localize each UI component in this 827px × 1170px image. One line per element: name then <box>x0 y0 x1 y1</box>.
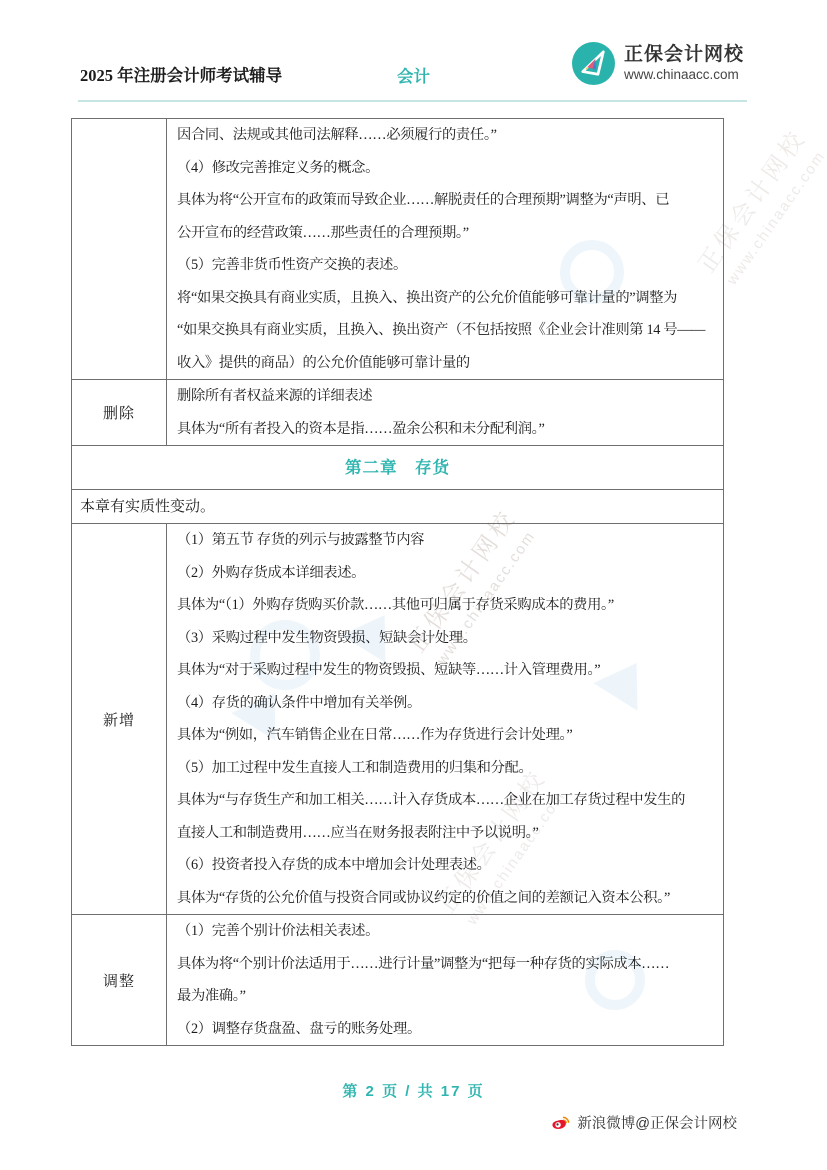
content-line: 收入》提供的商品）的公允价值能够可靠计量的 <box>177 347 723 380</box>
content-line: 具体为将“个别计价法适用于……进行计量”调整为“把每一种存货的实际成本…… <box>177 948 723 981</box>
content-line: （2）外购存货成本详细表述。 <box>177 557 723 590</box>
content-line: 删除所有者权益来源的详细表述 <box>177 380 723 413</box>
content-line: “如果交换具有商业实质，且换入、换出资产（不包括按照《企业会计准则第 14 号—… <box>177 314 723 347</box>
row-content-delete: 删除所有者权益来源的详细表述具体为“所有者投入的资本是指……盈余公积和未分配利润… <box>167 380 723 445</box>
content-line: （1）完善个别计价法相关表述。 <box>177 915 723 948</box>
header-divider <box>78 100 747 102</box>
table-row-continued: 因合同、法规或其他司法解释……必须履行的责任。”（4）修改完善推定义务的概念。具… <box>72 119 723 379</box>
row-label-adjust: 调整 <box>72 915 167 1045</box>
row-label-delete: 删除 <box>72 380 167 445</box>
content-line: 具体为“例如，汽车销售企业在日常……作为存货进行会计处理。” <box>177 719 723 752</box>
row-content-continued: 因合同、法规或其他司法解释……必须履行的责任。”（4）修改完善推定义务的概念。具… <box>167 119 723 379</box>
brand-logo-icon <box>572 42 615 85</box>
content-line: 具体为“对于采购过程中发生的物资毁损、短缺等……计入管理费用。” <box>177 654 723 687</box>
content-line: （5）加工过程中发生直接人工和制造费用的归集和分配。 <box>177 752 723 785</box>
table-row-adjust: 调整（1）完善个别计价法相关表述。具体为将“个别计价法适用于……进行计量”调整为… <box>72 914 723 1045</box>
content-line: （6）投资者投入存货的成本中增加会计处理表述。 <box>177 849 723 882</box>
content-line: 公开宣布的经营政策……那些责任的合理预期。” <box>177 217 723 250</box>
content-line: （1）第五节 存货的列示与披露整节内容 <box>177 524 723 557</box>
brand-url: www.chinaacc.com <box>624 67 744 83</box>
row-content-add: （1）第五节 存货的列示与披露整节内容（2）外购存货成本详细表述。具体为“（1）… <box>167 524 723 914</box>
weibo-label: 新浪微博@正保会计网校 <box>577 1112 737 1133</box>
content-line: 具体为将“公开宣布的政策而导致企业……解脱责任的合理预期”调整为“声明、已 <box>177 184 723 217</box>
content-line: （4）修改完善推定义务的概念。 <box>177 152 723 185</box>
brand-text-block: 正保会计网校 www.chinaacc.com <box>624 44 744 83</box>
table-row-chapter-note: 本章有实质性变动。 <box>72 489 723 523</box>
brand-name: 正保会计网校 <box>624 44 744 67</box>
content-line: 具体为“存货的公允价值与投资合同或协议约定的价值之间的差额记入资本公积。” <box>177 882 723 915</box>
content-line: （5）完善非货币性资产交换的表述。 <box>177 249 723 282</box>
weibo-block: 新浪微博@正保会计网校 <box>550 1112 737 1133</box>
content-line: （4）存货的确认条件中增加有关举例。 <box>177 687 723 720</box>
content-line: （3）采购过程中发生物资毁损、短缺会计处理。 <box>177 622 723 655</box>
content-line: 因合同、法规或其他司法解释……必须履行的责任。” <box>177 119 723 152</box>
content-line: 具体为“与存货生产和加工相关……计入存货成本……企业在加工存货过程中发生的 <box>177 784 723 817</box>
row-label-continued <box>72 119 167 379</box>
brand-block: 正保会计网校 www.chinaacc.com <box>572 42 744 85</box>
weibo-icon <box>550 1112 571 1133</box>
table-row-chapter-2: 第二章 存货 <box>72 445 723 489</box>
content-line: 具体为“（1）外购存货购买价款……其他可归属于存货采购成本的费用。” <box>177 589 723 622</box>
page-number-indicator: 第 2 页 / 共 17 页 <box>0 1080 827 1101</box>
row-label-add: 新增 <box>72 524 167 914</box>
content-line: 直接人工和制造费用……应当在财务报表附注中予以说明。” <box>177 817 723 850</box>
table-row-delete: 删除删除所有者权益来源的详细表述具体为“所有者投入的资本是指……盈余公积和未分配… <box>72 379 723 445</box>
content-line: （2）调整存货盘盈、盘亏的账务处理。 <box>177 1013 723 1046</box>
content-line: 将“如果交换具有商业实质，且换入、换出资产的公允价值能够可靠计量的”调整为 <box>177 282 723 315</box>
document-page: 2025 年注册会计师考试辅导 会计 正保会计网校 www.chinaacc.c… <box>0 0 827 1170</box>
content-line: 具体为“所有者投入的资本是指……盈余公积和未分配利润。” <box>177 413 723 446</box>
row-content-adjust: （1）完善个别计价法相关表述。具体为将“个别计价法适用于……进行计量”调整为“把… <box>167 915 723 1045</box>
content-line: 最为准确。” <box>177 980 723 1013</box>
doc-table: 因合同、法规或其他司法解释……必须履行的责任。”（4）修改完善推定义务的概念。具… <box>71 118 724 1046</box>
table-row-add: 新增（1）第五节 存货的列示与披露整节内容（2）外购存货成本详细表述。具体为“（… <box>72 523 723 914</box>
